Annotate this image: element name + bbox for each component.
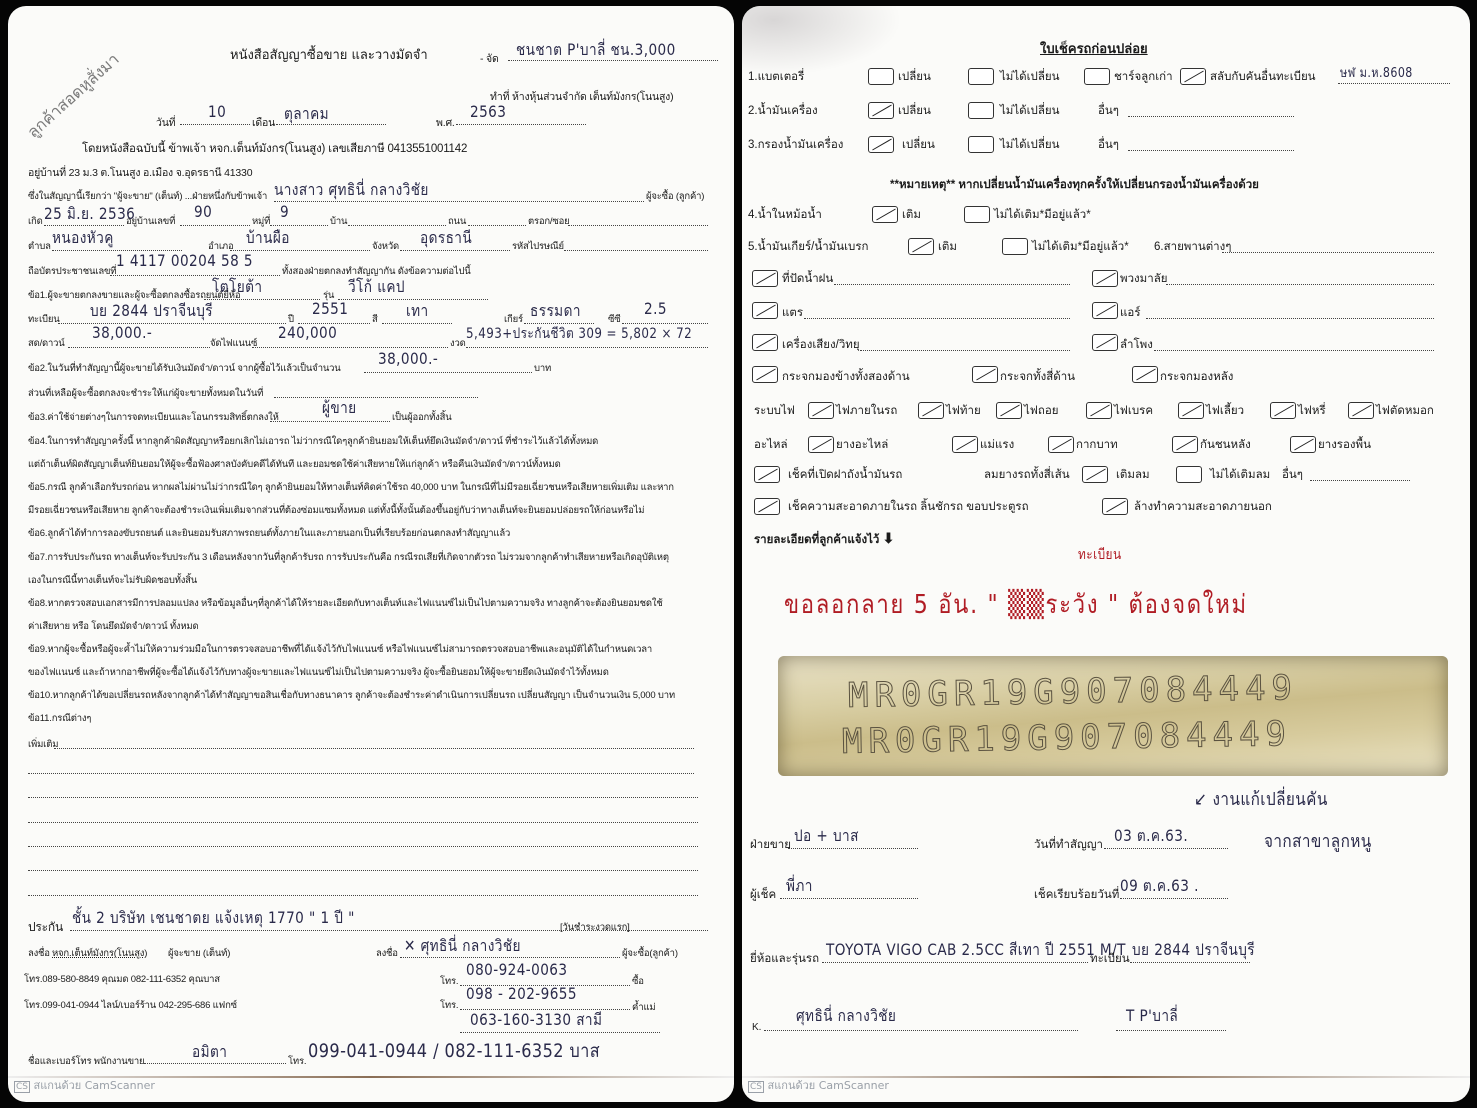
checker-label: ผู้เช็ค bbox=[750, 886, 776, 904]
down-label: สด/ดาวน์ bbox=[28, 336, 65, 351]
checkbox-label: แอร์ bbox=[1120, 304, 1141, 322]
part-checkbox[interactable] bbox=[1172, 436, 1198, 453]
checkbox-label: เติม bbox=[902, 206, 921, 224]
part-checkbox[interactable] bbox=[808, 436, 834, 453]
checkbox-label: ไม่ได้เติม*มีอยู่แล้ว* bbox=[994, 206, 1091, 224]
vin-rubbing: MR0GR19G907084449 MR0GR19G907084449 bbox=[778, 656, 1448, 776]
checkbox-label: ลำโพง bbox=[1120, 336, 1153, 354]
seller-label: ฝ่ายขาย bbox=[750, 836, 791, 854]
clause2-text: ข้อ2.ในวันที่ทำสัญญานี้ผู้จะขายได้รับเงิ… bbox=[28, 361, 341, 376]
checkbox-label: ชาร์จลูกเก่า bbox=[1114, 68, 1173, 86]
place-label: ทำที่ ห้างหุ้นส่วนจำกัด เต็นท์มังกร(โนนส… bbox=[490, 88, 673, 105]
lights-label: ระบบไฟ bbox=[754, 402, 795, 420]
horn-checkbox[interactable] bbox=[752, 302, 778, 319]
vin-line: MR0GR19G907084449 bbox=[848, 668, 1299, 716]
seller-signature: หจก.เต็นท์มังกร(โนนสูง) bbox=[52, 946, 147, 961]
checkbox-label: เปลี่ยน bbox=[898, 68, 931, 86]
buyer-sign-suffix: ผู้จะซื้อ(ลูกค้า) bbox=[622, 946, 678, 961]
postal-label: รหัสไปรษณีย์ bbox=[512, 239, 564, 254]
clause-line: ข้อ8.หากตรวจสอบเอกสารมีการปลอมแปลง หรือข… bbox=[28, 596, 663, 611]
date-day: 10 bbox=[208, 102, 226, 121]
subdistrict: หนองหัวคู bbox=[52, 226, 114, 251]
customer-note: ขอลอกลาย 5 อัน. " ▒▒ระวัง " ต้องจดใหม่ bbox=[784, 584, 1248, 625]
buyer-suffix: ผู้จะซื้อ (ลูกค้า) bbox=[646, 189, 704, 204]
checkbox-label: เติม bbox=[938, 238, 957, 256]
light-checkbox[interactable] bbox=[1270, 402, 1296, 419]
customer-notes-label: รายละเอียดที่ลูกค้าแจ้งไว้ ⬇ bbox=[754, 530, 894, 549]
note-annotation: ทะเบียน bbox=[1078, 544, 1122, 566]
deposit-amount: 38,000.- bbox=[378, 349, 438, 368]
subdistrict-label: ตำบล bbox=[28, 239, 51, 254]
clause-line: ข้อ9.หากผู้จะซื้อหรือผู้จะค้ำไม่ให้ความร… bbox=[28, 642, 652, 657]
car-brand: โตโยต้า bbox=[212, 275, 262, 300]
checkbox-label: ยางอะไหล่ bbox=[836, 436, 888, 454]
oil-filter-label: 3.กรองน้ำมันเครื่อง bbox=[748, 136, 843, 154]
birth-date: 25 มิ.ย. 2536 bbox=[44, 202, 135, 227]
car-color: เทา bbox=[406, 299, 429, 324]
id-label: ถือบัตรประชาชนเลขที่ bbox=[28, 264, 116, 279]
checkbox-label: เช็คความสะอาดภายในรถ ลิ้นชักรถ ขอบประตูร… bbox=[788, 498, 1029, 516]
other-label: อื่นๆ bbox=[1282, 466, 1303, 484]
seller-names: ปอ + บาส bbox=[794, 824, 859, 849]
vin-line: MR0GR19G907084449 bbox=[842, 714, 1293, 762]
pre-release-checklist-page: ใบเช็ครถก่อนปล่อย 1.แบตเตอรี่ เปลี่ยน ไม… bbox=[742, 6, 1470, 1102]
clause3-suffix: เป็นผู้ออกทั้งสิ้น bbox=[392, 410, 452, 425]
side-mirrors-checkbox[interactable] bbox=[752, 366, 778, 383]
checkbox-label: ไฟเลี้ยว bbox=[1206, 402, 1244, 420]
clause-line: ข้อ7.การรับประกันรถ ทางเต็นท์จะรับประกัน… bbox=[28, 550, 669, 565]
radiator-not-filled-checkbox[interactable] bbox=[964, 206, 990, 223]
remark: **หมายเหตุ** หากเปลี่ยนน้ำมันเครื่องทุกค… bbox=[890, 176, 1259, 194]
district: บ้านผือ bbox=[246, 226, 290, 251]
checklist-title: ใบเช็ครถก่อนปล่อย bbox=[1040, 38, 1148, 59]
province-label: จังหวัด bbox=[372, 239, 399, 254]
checkbox-label: ไฟภายในรถ bbox=[836, 402, 897, 420]
clause-line: ข้อ6.ลูกค้าได้ทำการลองขับรถยนต์ และยินยอ… bbox=[28, 526, 510, 541]
intro-text: โดยหนังสือฉบับนี้ ข้าพเจ้า หจก.เต็นท์มัง… bbox=[82, 140, 467, 158]
spouse-phone: 063-160-3130 สามี bbox=[470, 1008, 602, 1033]
light-checkbox[interactable] bbox=[996, 402, 1022, 419]
gear-oil-not-filled-checkbox[interactable] bbox=[1002, 238, 1028, 255]
checkbox-label: ยางรองพื้น bbox=[1318, 436, 1371, 454]
checkbox-label: ไฟเบรค bbox=[1114, 402, 1153, 420]
checkbox-label: ไม่ได้เปลี่ยน bbox=[1000, 68, 1060, 86]
seller-phones: โทร.089-580-8849 คุณมด 082-111-6352 คุณบ… bbox=[24, 972, 220, 987]
plate-label: ทะเบียน bbox=[1090, 950, 1130, 968]
first-due-label: [วันชำระงวดแรก] bbox=[560, 920, 630, 935]
remaining-text: ส่วนที่เหลือผู้จะซื้อตกลงจะชำระให้แก่ผู้… bbox=[28, 386, 263, 401]
checkbox-label: กระจกมองข้างทั้งสองด้าน bbox=[782, 368, 910, 386]
buyer-signature: ✕ ศุทธินี่ กลางวิชัย bbox=[404, 934, 521, 959]
battery-charged-checkbox[interactable] bbox=[1084, 68, 1110, 85]
gear-oil-label: 5.น้ำมันเกียร์/น้ำมันเบรก bbox=[748, 238, 869, 256]
wiper-checkbox[interactable] bbox=[752, 270, 778, 287]
tire-not-inflated-checkbox[interactable] bbox=[1176, 466, 1202, 483]
date-month-label: เดือน bbox=[252, 114, 275, 131]
down-payment: 38,000.- bbox=[92, 323, 152, 342]
checkbox-label: สลับกับคันอื่นทะเบียน bbox=[1210, 68, 1316, 86]
checkbox-label: ไม่ได้เติม*มีอยู่แล้ว* bbox=[1032, 238, 1129, 256]
gift-label: - จัด bbox=[480, 50, 499, 67]
buyer-name: นางสาว ศุทธินี่ กลางวิชัย bbox=[274, 178, 429, 203]
steering-checkbox[interactable] bbox=[1092, 270, 1118, 287]
plate-detail: บย 2844 ปราจีนบุรี bbox=[1132, 938, 1255, 963]
buyer-phone-note: ซื้อ bbox=[632, 974, 644, 989]
fuel-cap-checkbox[interactable] bbox=[754, 466, 780, 483]
light-checkbox[interactable] bbox=[1178, 402, 1204, 419]
light-checkbox[interactable] bbox=[918, 402, 944, 419]
clause-line: มีรอยเฉี่ยวชนหรือเสียหาย ลูกค้าจะต้องชำร… bbox=[28, 503, 644, 518]
date-month: ตุลาคม bbox=[284, 102, 329, 127]
baht-unit: บาท bbox=[534, 361, 551, 376]
battery-not-changed-checkbox[interactable] bbox=[968, 68, 994, 85]
house-no: 90 bbox=[194, 202, 212, 221]
radiator-label: 4.น้ำในหม้อน้ำ bbox=[748, 206, 822, 224]
clause3-text: ข้อ3.ค่าใช้จ่ายต่างๆในการจดทะเบียนและโอน… bbox=[28, 410, 279, 425]
clause-line: ข้อ10.หากลูกค้าได้ขอเปลี่ยนรถหลังจากลูกค… bbox=[28, 688, 675, 703]
clause-line: ค่าเสียหาย หรือ โดนยึดมัดจำ/ดาวน์ ทั้งหม… bbox=[28, 619, 198, 634]
checkbox-label: ไฟท้าย bbox=[946, 402, 981, 420]
belts-label: 6.สายพานต่างๆ bbox=[1154, 238, 1231, 256]
staff-name: อมิตา bbox=[192, 1040, 227, 1065]
installment-label: งวด bbox=[450, 336, 466, 351]
customer-source-note: ลูกค้าสอดหูสั่งมา bbox=[22, 48, 125, 145]
checkbox-label: ไฟหรี่ bbox=[1298, 402, 1326, 420]
arrow-down-icon: ⬇ bbox=[883, 530, 895, 547]
transfer-payer: ผู้ขาย bbox=[322, 396, 357, 421]
engine-oil-changed-checkbox[interactable] bbox=[868, 102, 894, 119]
buyer-phone: 080-924-0063 bbox=[466, 960, 567, 979]
gear-type: ธรรมดา bbox=[530, 299, 581, 324]
seller-address: อยู่บ้านที่ 23 ม.3 ต.โนนสูง อ.เมือง จ.อุ… bbox=[28, 164, 252, 181]
checkbox-label: ไม่ได้เปลี่ยน bbox=[1000, 102, 1060, 120]
customer-name: ศุทธินี่ กลางวิชัย bbox=[796, 1004, 896, 1029]
sales-contract-page: ลูกค้าสอดหูสั่งมา หนังสือสัญญาซื้อขาย แล… bbox=[8, 6, 734, 1102]
finance-amount: 240,000 bbox=[278, 323, 337, 342]
engine-oil-label: 2.น้ำมันเครื่อง bbox=[748, 102, 818, 120]
checkbox-label: เปลี่ยน bbox=[902, 136, 935, 154]
clause-line: ของไฟแนนซ์ และถ้าหากอาชีพที่ผู้จะซื้อได้… bbox=[28, 665, 609, 680]
checkbox-label: เครื่องเสียง/วิทยุ bbox=[782, 336, 860, 354]
insurance-value: ชั้น 2 บริษัท เชนชาตย แจ้งเหตุ 1770 " 1 … bbox=[72, 906, 355, 931]
light-checkbox[interactable] bbox=[1086, 402, 1112, 419]
radiator-filled-checkbox[interactable] bbox=[872, 206, 898, 223]
car-year: 2551 bbox=[312, 299, 348, 318]
house-no-label: อยู่บ้านเลขที่ bbox=[126, 214, 175, 229]
clause-line: แต่ถ้าเต็นท์ผิดสัญญาเต็นท์ยินยอมให้ผู้จะ… bbox=[28, 457, 561, 472]
checkbox-label: ไฟตัดหมอก bbox=[1376, 402, 1434, 420]
checkbox-label: พวงมาลัย bbox=[1120, 270, 1167, 288]
moo: 9 bbox=[280, 202, 289, 221]
province: อุดรธานี bbox=[420, 226, 472, 251]
ac-checkbox[interactable] bbox=[1092, 302, 1118, 319]
parts-label: อะไหล่ bbox=[754, 436, 788, 454]
rear-mirror-checkbox[interactable] bbox=[1132, 366, 1158, 383]
checkbox-label: ไม่ได้เติมลม bbox=[1210, 466, 1270, 484]
speaker-checkbox[interactable] bbox=[1092, 334, 1118, 351]
checkbox-label: กระจกทั้งสี่ด้าน bbox=[1000, 368, 1075, 386]
swapped-plate: ษฬ ม.ห.8608 bbox=[1340, 62, 1413, 83]
gear-oil-filled-checkbox[interactable] bbox=[908, 238, 934, 255]
part-checkbox[interactable] bbox=[1048, 436, 1074, 453]
engine-oil-not-changed-checkbox[interactable] bbox=[968, 102, 994, 119]
color-label: สี bbox=[372, 312, 378, 327]
clean-outside-checkbox[interactable] bbox=[1102, 498, 1128, 515]
battery-swapped-checkbox[interactable] bbox=[1180, 68, 1206, 85]
oil-filter-not-changed-checkbox[interactable] bbox=[968, 136, 994, 153]
seller-sign-suffix: ผู้จะขาย (เต็นท์) bbox=[168, 946, 230, 961]
agent-name: T P'บาลี่ bbox=[1126, 1004, 1178, 1029]
car-model-detail: TOYOTA VIGO CAB 2.5CC สีเทา ปี 2551 M/T bbox=[826, 938, 1126, 963]
staff-phone-label: โทร. bbox=[288, 1054, 306, 1069]
side-note-branch: จากสาขาลูกหนู bbox=[1264, 826, 1372, 855]
tire-inflated-checkbox[interactable] bbox=[1082, 466, 1108, 483]
birth-label: เกิด bbox=[28, 214, 43, 229]
date-year: 2563 bbox=[470, 102, 506, 121]
contract-title: หนังสือสัญญาซื้อขาย และวางมัดจำ bbox=[230, 44, 428, 65]
checker-name: พี่ภา bbox=[786, 874, 813, 899]
car-model: วีโก้ แคป bbox=[348, 275, 405, 300]
plate: บย 2844 ปราจีนบุรี bbox=[90, 299, 213, 324]
checked-date-label: เช็คเรียบร้อยวันที่ bbox=[1034, 886, 1119, 904]
checkbox-label: เช็คที่เปิดฝาถังน้ำมันรถ bbox=[788, 466, 902, 484]
clause-line: ข้อ4.ในการทำสัญญาครั้งนี้ หากลูกค้าผิดสั… bbox=[28, 434, 598, 449]
checkbox-label: ไฟถอย bbox=[1024, 402, 1059, 420]
oil-filter-changed-checkbox[interactable] bbox=[868, 136, 894, 153]
checkbox-label: กากบาท bbox=[1076, 436, 1118, 454]
staff-phone: 099-041-0944 / 082-111-6352 บาส bbox=[308, 1036, 600, 1066]
buyer-sign-label: ลงชื่อ bbox=[376, 946, 398, 961]
checkbox-label: ล้างทำความสะอาดภายนอก bbox=[1134, 498, 1272, 516]
checkbox-label: กระจกมองหลัง bbox=[1160, 368, 1233, 386]
installment: 5,493+ประกันชีวิต 309 = 5,802 × 72 bbox=[466, 323, 692, 345]
checkbox-label: แตร bbox=[782, 304, 803, 322]
part-checkbox[interactable] bbox=[952, 436, 978, 453]
seller-sign-label: ลงชื่อ bbox=[28, 946, 50, 961]
extra-label: เพิ่มเติม bbox=[28, 737, 58, 752]
finance-label: จัดไฟแนนซ์ bbox=[210, 336, 257, 351]
seller-phones-2: โทร.099-041-0944 ไลน์/เบอร์ร้าน 042-295-… bbox=[24, 998, 237, 1013]
date-day-label: วันที่ bbox=[156, 114, 175, 131]
clause-line: ข้อ5.กรณี ลูกค้าเลือกรับรถก่อน หากผลไม่ผ… bbox=[28, 480, 674, 495]
side-note-arrow: ↙ งานแก้เปลี่ยนคัน bbox=[1194, 784, 1328, 813]
guarantor-phone: 098 - 202-9655 bbox=[466, 984, 577, 1003]
radio-checkbox[interactable] bbox=[752, 334, 778, 351]
guarantor-phone-note: ค้ำแม่ bbox=[632, 1000, 655, 1015]
insurance-label: ประกัน bbox=[28, 918, 63, 937]
battery-label: 1.แบตเตอรี่ bbox=[748, 68, 804, 86]
guarantor-phone-label: โทร. bbox=[440, 998, 458, 1013]
checkbox-label: เปลี่ยน bbox=[898, 102, 931, 120]
checkbox-label: กันชนหลัง bbox=[1200, 436, 1251, 454]
buyer-phone-label: โทร. bbox=[440, 974, 458, 989]
all-windows-checkbox[interactable] bbox=[972, 366, 998, 383]
plate-label: ทะเบียน bbox=[28, 312, 60, 327]
soi-label: ตรอก/ซอย bbox=[528, 214, 570, 229]
clean-inside-checkbox[interactable] bbox=[754, 498, 780, 515]
checkbox-label: แม่แรง bbox=[980, 436, 1014, 454]
contract-date: 03 ต.ค.63. bbox=[1114, 824, 1188, 849]
clause-line: ข้อ11.กรณีต่างๆ bbox=[28, 711, 91, 726]
id-number: 1 4117 00204 58 5 bbox=[116, 251, 253, 270]
clause-line: เองในกรณีนี้ทางเต็นท์จะไม่รับผิดชอบทั้งส… bbox=[28, 573, 197, 588]
checkbox-label: เติมลม bbox=[1116, 466, 1150, 484]
battery-changed-checkbox[interactable] bbox=[868, 68, 894, 85]
camscanner-watermark: CS สแกนด้วย CamScanner bbox=[748, 1076, 889, 1094]
light-checkbox[interactable] bbox=[1348, 402, 1374, 419]
k-label: K. bbox=[752, 1022, 761, 1033]
date-year-label: พ.ศ. bbox=[436, 114, 455, 131]
tire-label: ลมยางรถทั้งสี่เส้น bbox=[984, 466, 1070, 484]
contract-date-label: วันที่ทำสัญญา bbox=[1034, 836, 1103, 854]
village-label: บ้าน bbox=[330, 214, 347, 229]
arrow-icon: ↙ bbox=[1194, 789, 1213, 810]
checkbox-label: ที่ปัดน้ำฝน bbox=[782, 270, 833, 288]
part-checkbox[interactable] bbox=[1290, 436, 1316, 453]
staff-label: ชื่อและเบอร์โทร พนักงานขาย bbox=[28, 1054, 144, 1069]
engine-cc: 2.5 bbox=[644, 299, 667, 318]
checked-date: 09 ต.ค.63 . bbox=[1120, 874, 1199, 899]
car-model-label: ยี่ห้อและรุ่นรถ bbox=[750, 950, 819, 968]
checkbox-label: ไม่ได้เปลี่ยน bbox=[1000, 136, 1060, 154]
light-checkbox[interactable] bbox=[808, 402, 834, 419]
camscanner-watermark: CS สแกนด้วย CamScanner bbox=[14, 1076, 155, 1094]
other-label: อื่นๆ bbox=[1098, 136, 1119, 154]
other-label: อื่นๆ bbox=[1098, 102, 1119, 120]
